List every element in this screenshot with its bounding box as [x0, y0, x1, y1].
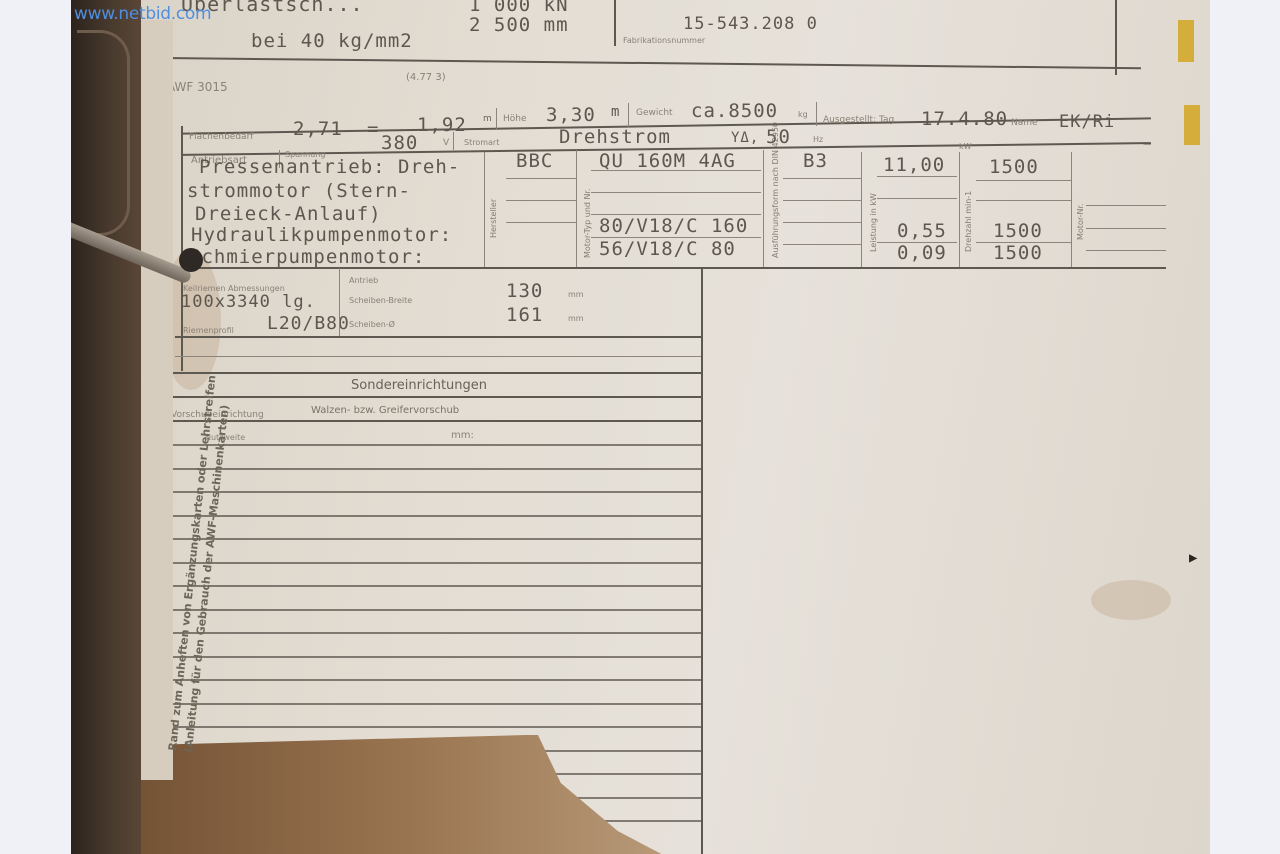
- divider: [453, 132, 454, 150]
- row-border: [171, 372, 701, 374]
- area-unit: m: [483, 114, 492, 124]
- pulley-width-unit: mm: [568, 290, 584, 299]
- pulley-dia-unit: mm: [568, 314, 584, 323]
- manufacturer-value: BBC: [516, 150, 553, 172]
- ruled-line: [145, 703, 701, 705]
- row-line: [1086, 250, 1166, 251]
- yellow-tab: [1178, 20, 1194, 62]
- divider: [816, 102, 817, 126]
- name-label: Name: [1011, 118, 1038, 128]
- row-line: [783, 244, 861, 245]
- row-line: [877, 176, 957, 177]
- row-line: [591, 192, 761, 193]
- height-label: Höhe: [503, 114, 527, 124]
- divider: [861, 152, 862, 267]
- row-line: [1086, 228, 1166, 229]
- pulley-width-value: 130: [506, 280, 543, 302]
- pulley-dia-label: Scheiben-Ø: [349, 320, 395, 329]
- row-line: [506, 200, 576, 201]
- current-label: Stromart: [464, 138, 499, 147]
- stroke-note: bei 40 kg/mm2: [251, 30, 413, 52]
- kw-column-label: kW: [959, 142, 972, 151]
- power-value: 0,09: [897, 242, 947, 264]
- rpm-value: 1500: [993, 220, 1043, 242]
- row-line: [506, 222, 576, 223]
- row-line: [976, 200, 1071, 201]
- motor-type: 56/V18/C 80: [599, 238, 736, 260]
- ruled-line: [163, 444, 701, 446]
- row-border: [175, 336, 701, 338]
- ruled-line: [158, 515, 701, 517]
- feed-value: Walzen- bzw. Greifervorschub: [311, 405, 459, 416]
- motor-type: QU 160M 4AG: [599, 150, 736, 172]
- row-line: [591, 170, 761, 171]
- motor-desc-line: strommotor (Stern-: [187, 180, 411, 202]
- machine-data-sheet: Überlastsch... bei 40 kg/mm2 1 000 kN 2 …: [71, 0, 1210, 854]
- section-right-border: [701, 267, 703, 854]
- row-line: [783, 178, 861, 179]
- binder-ring: [77, 30, 130, 236]
- watermark-link[interactable]: www.netbid.com: [74, 4, 211, 24]
- margin-strip: Rand zum Anheften von Ergänzungskarten o…: [141, 20, 173, 780]
- yellow-tab: [1184, 105, 1200, 145]
- current-value: Drehstrom: [559, 126, 671, 148]
- area-value-1: 2,71: [293, 118, 343, 140]
- row-line: [783, 222, 861, 223]
- drive-label: Antrieb: [349, 276, 378, 285]
- motor-desc-line: Pressenantrieb: Dreh-: [199, 156, 460, 178]
- belt-value-2: L20/B80: [267, 313, 350, 334]
- weight-unit: kg: [798, 110, 808, 119]
- height-value: 3,30: [546, 104, 596, 126]
- serial-number: 15-543.208 0: [683, 14, 818, 34]
- motor-desc-line: Hydraulikpumpenmotor:: [191, 224, 452, 246]
- motor-desc-line: Dreieck-Anlauf): [195, 203, 382, 225]
- divider: [614, 0, 616, 46]
- divider: [496, 108, 497, 130]
- area-sep: =: [367, 118, 379, 140]
- divider: [339, 268, 340, 336]
- name-value: EK/Ri: [1059, 112, 1115, 132]
- ruled-line: [147, 679, 701, 681]
- divider: [576, 150, 577, 267]
- length-value: 2 500 mm: [469, 14, 569, 36]
- row-line: [1086, 205, 1166, 206]
- connection-type: YΔ,: [731, 130, 759, 146]
- power-value: 11,00: [883, 154, 945, 176]
- design-value: B3: [803, 150, 828, 172]
- area-label: Flächenbedarf: [189, 132, 253, 142]
- row-border: [167, 420, 701, 422]
- divider: [959, 152, 960, 267]
- row-line: [877, 198, 957, 199]
- ruled-line: [152, 609, 701, 611]
- issued-label: Ausgestellt: Tag: [823, 115, 894, 125]
- divider: [763, 150, 764, 267]
- form-code-suffix: (4.77 3): [406, 72, 446, 83]
- special-heading: Sondereinrichtungen: [351, 378, 487, 393]
- serial-label: Fabrikationsnummer: [623, 36, 705, 45]
- pen-tip: [179, 248, 203, 272]
- ruled-line: [153, 585, 701, 587]
- ruled-line: [160, 491, 701, 493]
- area-value-2: 1,92: [417, 114, 467, 136]
- document-photo: Überlastsch... bei 40 kg/mm2 1 000 kN 2 …: [71, 0, 1210, 854]
- issued-date: 17.4.80: [921, 108, 1008, 130]
- design-label: Ausführungsform nach DIN 42950: [771, 122, 780, 258]
- row-line: [506, 178, 576, 179]
- manufacturer-label: Hersteller: [489, 199, 498, 238]
- belt-value-1: 100x3340 lg.: [181, 292, 316, 312]
- row-line: [976, 180, 1071, 181]
- ruled-line: [161, 468, 701, 470]
- height-unit: m: [611, 104, 620, 120]
- pulley-dia-value: 161: [506, 304, 543, 326]
- speed-label: Drehzahl min-1: [964, 191, 973, 252]
- arrow-marker-icon: ▶: [1189, 550, 1197, 566]
- voltage-value: 380: [381, 132, 418, 154]
- motor-desc-line: Schmierpumpenmotor:: [189, 246, 425, 268]
- ruled-line: [144, 726, 701, 728]
- divider: [628, 103, 629, 127]
- ruled-line: [149, 656, 701, 658]
- row-border: [169, 396, 701, 398]
- divider: [1071, 152, 1072, 267]
- belt-label-2: Riemenprofil: [183, 326, 234, 335]
- divider: [1115, 0, 1117, 75]
- weight-value: ca.8500: [691, 100, 778, 122]
- row-line: [175, 356, 701, 357]
- row-line: [783, 200, 861, 201]
- motor-no-label: Motor-Nr.: [1076, 203, 1085, 240]
- ruled-line: [155, 562, 701, 564]
- rule: [141, 57, 1141, 69]
- divider: [484, 152, 485, 267]
- ruled-line: [157, 538, 701, 540]
- binder-edge: [71, 0, 141, 854]
- rpm-value: 1500: [993, 242, 1043, 264]
- power-label: Leistung in kW: [869, 193, 878, 252]
- rpm-value: 1500: [989, 156, 1039, 178]
- voltage-unit: V: [443, 138, 449, 148]
- weight-label: Gewicht: [636, 108, 673, 118]
- width-unit: mm:: [451, 430, 474, 441]
- type-label: Motor-Typ und Nr.: [583, 188, 592, 258]
- motor-type: 80/V18/C 160: [599, 215, 748, 237]
- pulley-width-label: Scheiben-Breite: [349, 296, 412, 305]
- power-value: 0,55: [897, 220, 947, 242]
- ruled-line: [150, 632, 701, 634]
- form-code: AWF 3015: [167, 80, 228, 94]
- frequency-unit: Hz: [813, 135, 823, 144]
